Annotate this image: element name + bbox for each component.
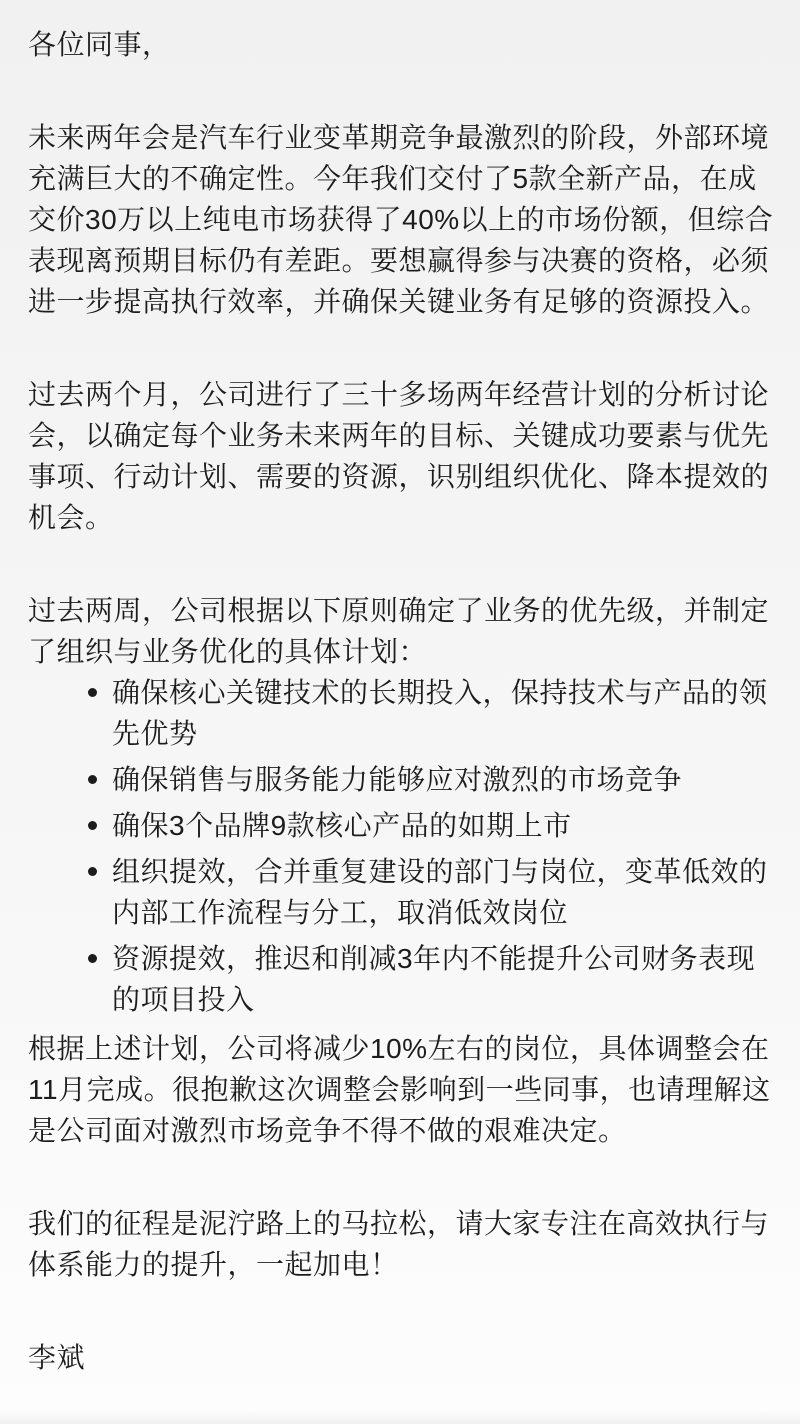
planning-review-paragraph: 过去两个月，公司进行了三十多场两年经营计划的分析讨论会，以确定每个业务未来两年的… xyxy=(28,374,772,538)
list-item-sales-service: 确保销售与服务能力能够应对激烈的市场竞争 xyxy=(88,759,772,800)
market-review-paragraph: 未来两年会是汽车行业变革期竞争最激烈的阶段，外部环境充满巨大的不确定性。今年我们… xyxy=(28,117,772,322)
bullet-text: 确保3个品牌9款核心产品的如期上市 xyxy=(112,805,572,846)
closing-paragraph: 我们的征程是泥泞路上的马拉松，请大家专注在高效执行与体系能力的提升，一起加电！ xyxy=(28,1203,772,1285)
priorities-intro-paragraph: 过去两周，公司根据以下原则确定了业务的优先级，并制定了组织与业务优化的具体计划： xyxy=(28,590,772,672)
bullet-text: 组织提效，合并重复建设的部门与岗位，变革低效的内部工作流程与分工，取消低效岗位 xyxy=(112,851,768,933)
signature-name: 李斌 xyxy=(28,1337,772,1378)
list-item-org-efficiency: 组织提效，合并重复建设的部门与岗位，变革低效的内部工作流程与分工，取消低效岗位 xyxy=(88,851,772,933)
bullet-text: 确保销售与服务能力能够应对激烈的市场竞争 xyxy=(112,759,682,800)
priorities-list: 确保核心关键技术的长期投入，保持技术与产品的领先优势 确保销售与服务能力能够应对… xyxy=(88,672,772,1020)
memo-letter: 各位同事， 未来两年会是汽车行业变革期竞争最激烈的阶段，外部环境充满巨大的不确定… xyxy=(0,0,800,1378)
list-item-product-launch: 确保3个品牌9款核心产品的如期上市 xyxy=(88,805,772,846)
bullet-text: 资源提效，推迟和削减3年内不能提升公司财务表现的项目投入 xyxy=(112,938,755,1020)
greeting-line: 各位同事， xyxy=(28,24,772,65)
bullet-icon xyxy=(88,867,97,876)
workforce-reduction-paragraph: 根据上述计划，公司将减少10%左右的岗位，具体调整会在11月完成。很抱歉这次调整… xyxy=(28,1028,772,1151)
bullet-icon xyxy=(88,954,97,963)
list-item-resource-efficiency: 资源提效，推迟和削减3年内不能提升公司财务表现的项目投入 xyxy=(88,938,772,1020)
bullet-icon xyxy=(88,688,97,697)
bullet-icon xyxy=(88,775,97,784)
bottom-edge-shadow xyxy=(0,1410,800,1424)
bullet-icon xyxy=(88,821,97,830)
bullet-text: 确保核心关键技术的长期投入，保持技术与产品的领先优势 xyxy=(112,672,768,754)
list-item-core-tech: 确保核心关键技术的长期投入，保持技术与产品的领先优势 xyxy=(88,672,772,754)
